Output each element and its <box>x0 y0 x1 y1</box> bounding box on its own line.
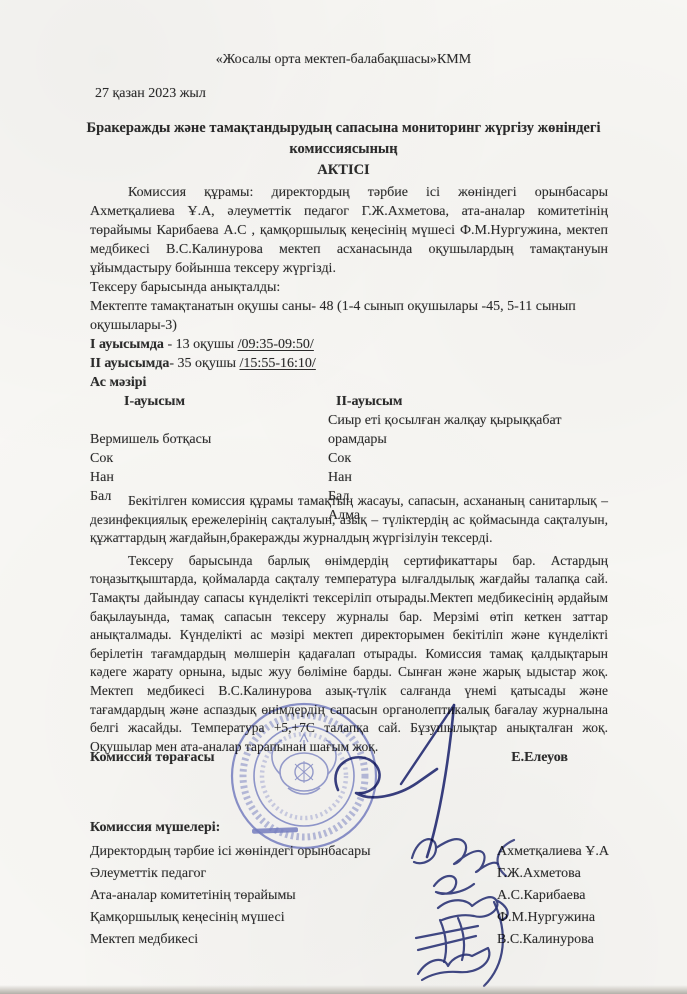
menu-col2-header: ІІ-ауысым <box>328 392 608 411</box>
organization-name: «Жосалы орта мектеп-балабақшасы»КММ <box>0 52 687 68</box>
shift1-label: І ауысымда <box>90 337 164 352</box>
menu-item: Сок <box>90 449 328 468</box>
shift2-label: ІІ ауысымда <box>90 356 169 371</box>
menu-label: Ас мәзірі <box>90 373 608 392</box>
chairman-name: Е.Елеуов <box>511 750 568 766</box>
scan-edge-shadow <box>0 985 687 994</box>
menu-item: Сок <box>328 449 608 468</box>
chairman-label: Комиссия төрағасы <box>90 750 215 766</box>
menu-col1-header: І-ауысым <box>90 392 328 411</box>
shift2-line: ІІ ауысымда- 35 оқушы /15:55-16:10/ <box>90 354 608 373</box>
findings-label: Тексеру барысында анықталды: <box>90 278 608 297</box>
title-line-2: комиссиясының <box>50 139 637 160</box>
document-date: 27 қазан 2023 жыл <box>95 86 206 102</box>
menu-item: Сиыр еті қосылған жалқау қырыққабат орам… <box>328 411 608 449</box>
shift2-time: /15:55-16:10/ <box>240 356 316 371</box>
menu-item: Нан <box>328 468 608 487</box>
title-line-3: АКТІСІ <box>50 160 637 181</box>
inspection-scope-paragraph: Бекітілген комиссия құрамы тамақтың жаса… <box>90 492 608 548</box>
title-line-1: Бракеражды және тамақтандырудың сапасына… <box>50 118 637 139</box>
shift1-count: - 13 оқушы <box>164 337 238 352</box>
shift1-line: І ауысымда - 13 оқушы /09:35-09:50/ <box>90 335 608 354</box>
students-count-line: Мектепте тамақтанатын оқушы саны- 48 (1-… <box>90 297 608 335</box>
shift2-count: - 35 оқушы <box>169 356 239 371</box>
scanned-document-page: «Жосалы орта мектеп-балабақшасы»КММ 27 қ… <box>0 0 687 994</box>
intro-block: Комиссия құрамы: директордың тәрбие ісі … <box>90 183 608 525</box>
menu-item: Вермишель ботқасы <box>90 430 328 449</box>
commission-composition-paragraph: Комиссия құрамы: директордың тәрбие ісі … <box>90 183 608 278</box>
member-signatures-icon <box>392 822 578 990</box>
document-title: Бракеражды және тамақтандырудың сапасына… <box>50 118 637 181</box>
shift1-time: /09:35-09:50/ <box>238 337 314 352</box>
menu-item: Нан <box>90 468 328 487</box>
